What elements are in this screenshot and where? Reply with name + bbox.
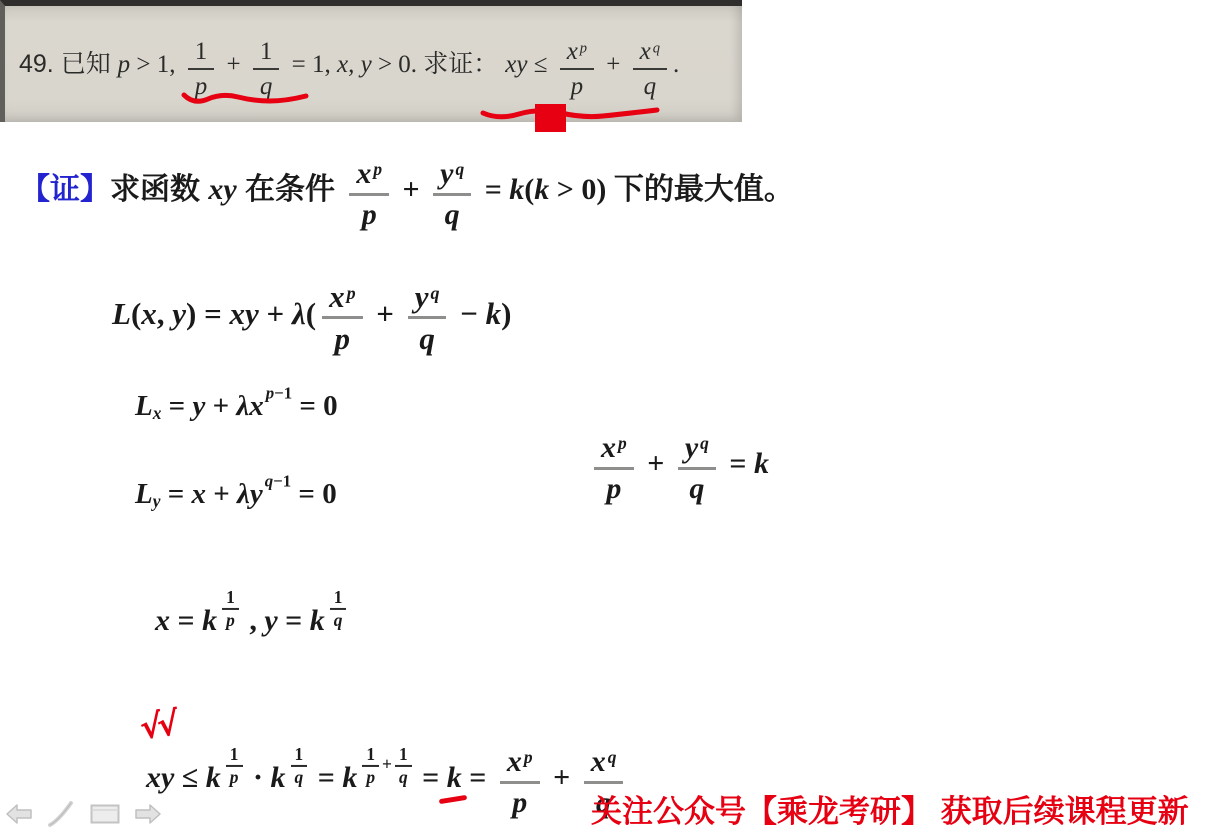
next-arrow-icon[interactable] (135, 803, 161, 825)
red-marker-square (535, 104, 566, 132)
partial-derivative-x-equation: Lx = y + λxp−1 = 0 (135, 392, 338, 421)
red-checkmarks: √√ (137, 704, 176, 747)
annotation-toolbar (6, 800, 161, 828)
pen-icon[interactable] (47, 800, 75, 828)
watermark-text: 关注公众号【乘龙考研】 获取后续课程更新 (591, 786, 1189, 831)
lecture-slide: 49. 已知 p > 1, 1p + 1q = 1, x, y > 0. 求证：… (0, 0, 1225, 837)
final-inequality-equation: xy ≤ k1p · k1q = k1p+1q = k = xpp + xqq (146, 738, 629, 818)
board-icon[interactable] (90, 804, 120, 824)
lagrange-function-equation: L(x, y) = xy + λ(xpp + yqq − k) (112, 272, 511, 354)
proof-intro-line: 【证】求函数 xy 在条件 xpp + yqq = k(k > 0) 下的最大值… (20, 150, 794, 230)
red-wavy-underline-rhs (477, 96, 665, 138)
partial-derivative-y-equation: Ly = x + λyq−1 = 0 (135, 480, 337, 509)
constraint-equation: xpp + yqq = k (588, 424, 769, 504)
red-wavy-underline-pq (180, 86, 312, 110)
critical-point-solution: x = k1p , y = k1q (155, 600, 349, 643)
previous-arrow-icon[interactable] (6, 803, 32, 825)
